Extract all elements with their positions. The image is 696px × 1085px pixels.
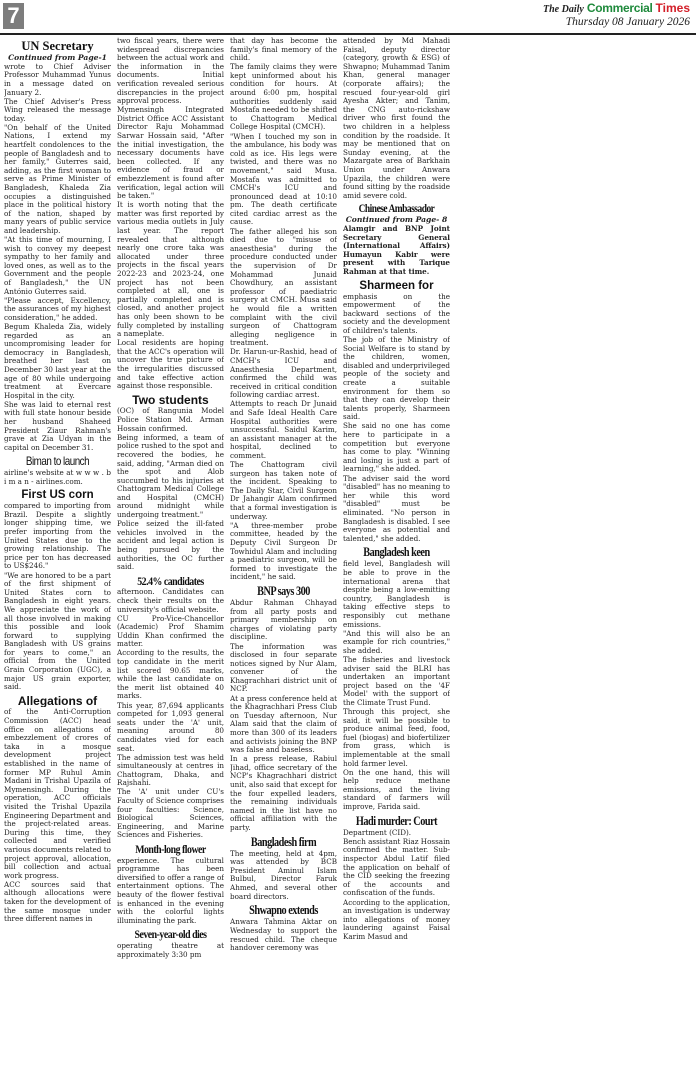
brand-prefix: The Daily (543, 4, 584, 15)
article-paragraph: The information was disclosed in four se… (230, 643, 337, 695)
article-paragraph: According to the application, an investi… (343, 899, 450, 942)
article-paragraph: This year, 87,694 applicants competed fo… (117, 702, 224, 754)
article-paragraph: "A three-member probe committee, headed … (230, 522, 337, 582)
article-paragraph: ACC sources said that although allocatio… (4, 881, 111, 924)
article-paragraph: Attempts to reach Dr Junaid and Safe Ide… (230, 400, 337, 460)
header-rule (0, 33, 696, 35)
article-paragraph: Abdur Rahman Chhayad from all party post… (230, 599, 337, 642)
article-paragraph: "We are honored to be a part of the firs… (4, 572, 111, 692)
article-paragraph: Through this project, she said, it will … (343, 708, 450, 768)
article-paragraph: The Chattogram civil surgeon has taken n… (230, 461, 337, 521)
article-paragraph: Police seized the ill-fated vehicles inv… (117, 520, 224, 572)
article-paragraph: "On behalf of the United Nations, I exte… (4, 124, 111, 236)
column-2: two fiscal years, there were widespread … (117, 37, 224, 1075)
headline-bnp-says: BNP says 300 (240, 585, 328, 598)
article-paragraph: The family claims they were kept uninfor… (230, 63, 337, 132)
headline-bangladesh-firm: Bangladesh firm (240, 836, 328, 849)
article-paragraph: It is worth noting that the matter was f… (117, 201, 224, 339)
article-paragraph: wrote to Chief Adviser Professor Muhamma… (4, 63, 111, 97)
article-paragraph: The 'A' unit under CU's Faculty of Scien… (117, 788, 224, 840)
article-paragraph: The adviser said the word "disabled" has… (343, 475, 450, 544)
article-paragraph: According to the results, the top candid… (117, 649, 224, 701)
article-paragraph: "When I touched my son in the ambulance,… (230, 133, 337, 228)
article-paragraph: Mymensingh Integrated District Office AC… (117, 106, 224, 201)
article-paragraph: She was laid to eternal rest with full s… (4, 401, 111, 453)
article-paragraph: two fiscal years, there were widespread … (117, 37, 224, 106)
article-paragraph: The fisheries and livestock adviser said… (343, 656, 450, 708)
issue-date: Thursday 08 January 2026 (566, 16, 690, 28)
article-paragraph: compared to importing from Brazil. Despi… (4, 502, 111, 571)
headline-hadi-murder: Hadi murder: Court (353, 815, 441, 828)
article-paragraph: experience. The cultural programme has b… (117, 857, 224, 926)
headline-flower: Month-long flower (127, 843, 215, 856)
page-number-badge: 7 (3, 3, 24, 29)
headline-shwapno: Shwapno extends (240, 904, 328, 917)
headline-seven-year-old: Seven-year-old dies (127, 928, 215, 941)
article-paragraph: On the one hand, this will help reduce m… (343, 769, 450, 812)
headline-two-students: Two students (117, 394, 224, 407)
article-paragraph: Begum Khaleda Zia, widely regarded as an… (4, 323, 111, 400)
article-paragraph: In a press release, Rabiul Jihad, office… (230, 755, 337, 832)
article-paragraph: She said no one has come here to partici… (343, 422, 450, 474)
article-paragraph: Local residents are hoping that the ACC'… (117, 339, 224, 391)
brand-main: Commercial (587, 1, 653, 15)
headline-us-corn: First US corn (4, 489, 111, 501)
article-paragraph: CU Pro-Vice-Chancellor (Academic) Prof S… (117, 615, 224, 649)
headline-chinese-ambassador: Chinese Ambassador (353, 203, 441, 215)
article-paragraph: of the Anti-Corruption Commission (ACC) … (4, 708, 111, 880)
article-paragraph: The Chief Adviser's Press Wing released … (4, 98, 111, 124)
article-paragraph: Alamgir and BNP Joint Secretary General … (343, 225, 450, 277)
column-3: that day has become the family's final m… (230, 37, 337, 1075)
column-4: attended by Md Mahadi Faisal, deputy dir… (343, 37, 450, 1075)
headline-candidates: 52.4% candidates (127, 575, 215, 588)
column-1: UN Secretary Continued from Page-1 wrote… (4, 37, 111, 1075)
headline-biman: Biman to launch (14, 455, 102, 468)
article-paragraph: Bench assistant Riaz Hossain confirmed t… (343, 838, 450, 898)
article-paragraph: "At this time of mourning, I wish to con… (4, 236, 111, 296)
article-paragraph: "And this will also be an example for ri… (343, 630, 450, 656)
article-paragraph: field level, Bangladesh will be able to … (343, 560, 450, 629)
article-paragraph: "Please accept, Excellency, the assuranc… (4, 297, 111, 323)
article-paragraph: airline's website at w w w . b i m a n -… (4, 469, 111, 486)
brand-suffix: Times (656, 1, 690, 15)
article-paragraph: The job of the Ministry of Social Welfar… (343, 336, 450, 422)
article-paragraph: The admission test was held simultaneous… (117, 754, 224, 788)
headline-bangladesh-keen: Bangladesh keen (353, 546, 441, 559)
headline-sharmeen: Sharmeen for (343, 280, 450, 292)
article-paragraph: emphasis on the empowerment of the backw… (343, 293, 450, 336)
article-paragraph: operating theatre at approximately 3:30 … (117, 942, 224, 959)
headline-allegations: Allegations of (4, 695, 111, 708)
article-paragraph: Anwara Tahmina Aktar on Wednesday to sup… (230, 918, 337, 952)
article-paragraph: Dr. Harun-ur-Rashid, head of CMCH's ICU … (230, 348, 337, 400)
article-paragraph: At a press conference held at the Khagra… (230, 695, 337, 755)
newspaper-brand: The Daily Commercial Times (543, 2, 690, 16)
article-paragraph: afternoon. Candidates can check their re… (117, 588, 224, 614)
article-paragraph: The meeting, held at 4pm, was attended b… (230, 850, 337, 902)
article-paragraph: attended by Md Mahadi Faisal, deputy dir… (343, 37, 450, 200)
article-paragraph: Being informed, a team of police rushed … (117, 434, 224, 520)
article-paragraph: (OC) of Rangunia Model Police Station Md… (117, 407, 224, 433)
article-paragraph: The father alleged his son died due to "… (230, 228, 337, 348)
article-paragraph: that day has become the family's final m… (230, 37, 337, 63)
headline-un-secretary: UN Secretary (4, 40, 111, 53)
masthead: 7 The Daily Commercial Times Thursday 08… (0, 0, 696, 34)
